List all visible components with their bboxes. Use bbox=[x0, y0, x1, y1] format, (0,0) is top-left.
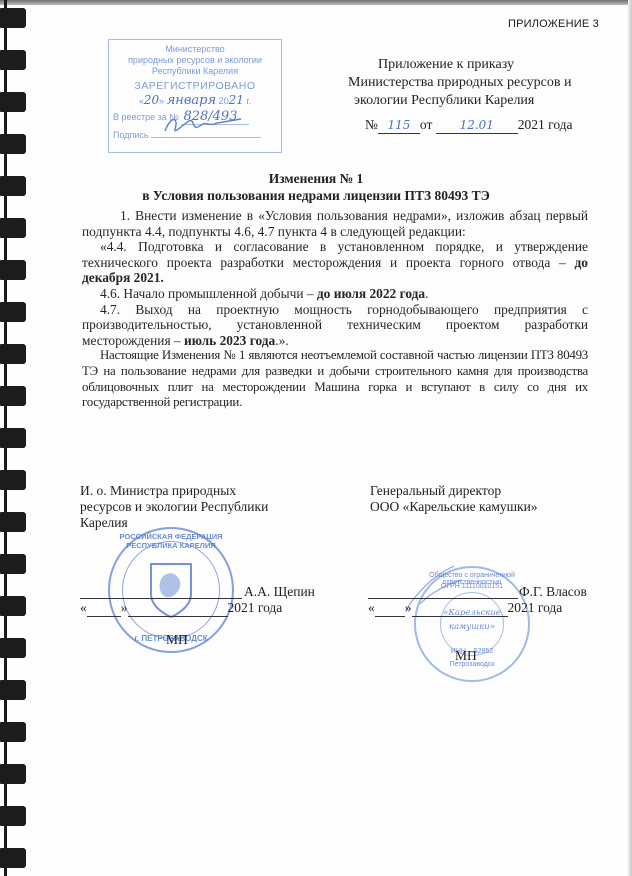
binding-ring bbox=[0, 596, 26, 616]
right-seal-label: МП bbox=[455, 648, 477, 664]
binding-ring bbox=[0, 512, 26, 532]
binding-ring bbox=[0, 764, 26, 784]
right-signature-line bbox=[368, 598, 518, 599]
stamp-org-line2: природных ресурсов и экологии bbox=[109, 55, 281, 66]
order-line2: Министерства природных ресурсов и bbox=[348, 74, 588, 92]
binding-ring bbox=[0, 806, 26, 826]
order-line1: Приложение к приказу bbox=[348, 56, 588, 74]
document-body: 1. Внести изменение в «Условия пользован… bbox=[82, 208, 588, 411]
title-line1: Изменения № 1 bbox=[0, 170, 632, 187]
order-line3: экологии Республики Карелия bbox=[348, 92, 588, 110]
binding-ring bbox=[0, 428, 26, 448]
order-number: 115 bbox=[387, 118, 410, 132]
paragraph-1: 1. Внести изменение в «Условия пользован… bbox=[82, 208, 588, 239]
stamp-date-year: 21 bbox=[229, 93, 244, 107]
paragraph-4-6: 4.6. Начало промышленной добычи – до июл… bbox=[82, 286, 588, 302]
stamp-signature: Подпись bbox=[109, 127, 281, 141]
binding-ring bbox=[0, 638, 26, 658]
binding-ring bbox=[0, 302, 26, 322]
paragraph-4-7: 4.7. Выход на проектную мощность горнодо… bbox=[82, 302, 588, 349]
title-line2: в Условия пользования недрами лицензии П… bbox=[0, 187, 632, 204]
order-year: 2021 года bbox=[518, 117, 573, 132]
binding-ring bbox=[0, 722, 26, 742]
order-date: 12.01 bbox=[460, 118, 494, 132]
right-signature-date: « » 2021 года bbox=[368, 600, 562, 617]
left-signatory-position: И. о. Министра природных ресурсов и экол… bbox=[80, 483, 268, 531]
stamp-date-day: 20 bbox=[144, 93, 159, 107]
paragraph-final: Настоящие Изменения № 1 являются неотъем… bbox=[82, 348, 588, 410]
right-signatory-position: Генеральный директор ООО «Карельские кам… bbox=[370, 483, 538, 515]
binding-ring bbox=[0, 50, 26, 70]
binding-ring bbox=[0, 218, 26, 238]
seal-company-name-2: камушки» bbox=[416, 622, 528, 632]
binding-ring bbox=[0, 134, 26, 154]
stamp-org-line3: Республики Карелия bbox=[109, 66, 281, 77]
binding-ring bbox=[0, 554, 26, 574]
order-number-line: №115от 12.012021 года bbox=[365, 117, 573, 134]
scan-right-edge bbox=[628, 0, 632, 876]
stamp-date-month: января bbox=[167, 93, 216, 108]
binding-ring bbox=[0, 260, 26, 280]
stamp-date: «20» января 2021 г. bbox=[109, 95, 281, 107]
binding-ring bbox=[0, 344, 26, 364]
right-signatory-name: Ф.Г. Власов bbox=[519, 584, 587, 600]
stamp-org-line1: Министерство bbox=[109, 44, 281, 55]
binding-ring bbox=[0, 8, 26, 28]
seal-outer-text: РОССИЙСКАЯ ФЕДЕРАЦИЯ РЕСПУБЛИКА КАРЕЛИЯ bbox=[110, 532, 232, 550]
left-signature-line bbox=[80, 598, 242, 599]
binding-ring bbox=[0, 92, 26, 112]
binding-ring bbox=[0, 386, 26, 406]
binding-ring bbox=[0, 680, 26, 700]
binding-ring bbox=[0, 470, 26, 490]
scan-top-edge bbox=[0, 0, 632, 5]
binding-ring bbox=[0, 848, 26, 868]
document-title: Изменения № 1 в Условия пользования недр… bbox=[0, 170, 632, 204]
registration-stamp: Министерство природных ресурсов и эколог… bbox=[108, 39, 282, 153]
left-seal-label: МП bbox=[166, 632, 188, 648]
order-reference: Приложение к приказу Министерства природ… bbox=[348, 56, 588, 110]
paragraph-4-4: «4.4. Подготовка и согласование в устано… bbox=[82, 239, 588, 286]
left-signature-date: « » 2021 года bbox=[80, 600, 282, 617]
appendix-label: ПРИЛОЖЕНИЕ 3 bbox=[508, 18, 599, 30]
stamp-status: ЗАРЕГИСТРИРОВАНО bbox=[109, 81, 281, 92]
left-signatory-name: А.А. Щепин bbox=[244, 584, 315, 600]
signature-scribble-icon bbox=[161, 113, 251, 139]
